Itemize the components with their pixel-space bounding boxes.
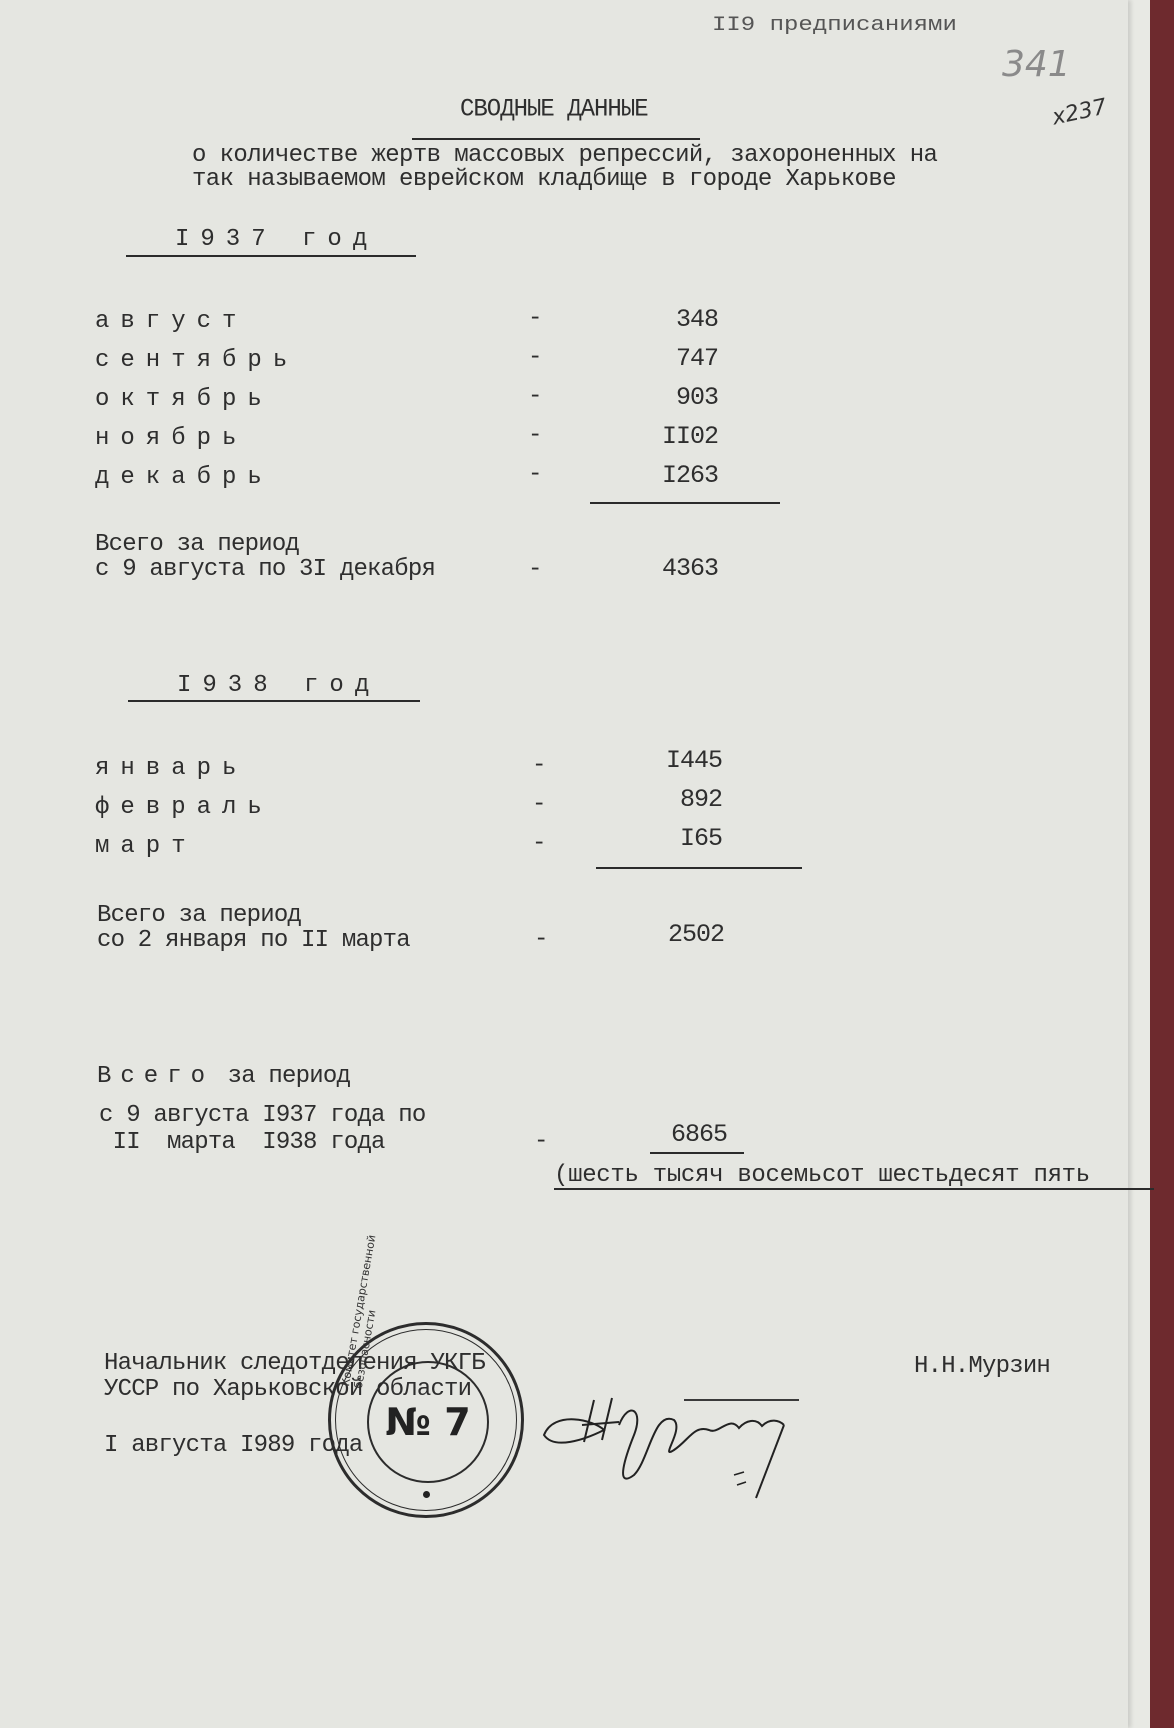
month-value: 747: [598, 344, 718, 373]
pen-annotation: x237: [1050, 95, 1109, 131]
month-label: октябрь: [95, 386, 273, 413]
year-1937-underline: [126, 255, 416, 257]
month-value: I263: [598, 461, 718, 490]
grand-total-word-rest: за период: [228, 1063, 350, 1090]
year-1938-heading: I938 год: [177, 672, 380, 699]
month-dash: -: [528, 344, 542, 371]
month-dash: -: [528, 461, 542, 488]
grand-total-in-words: (шесть тысяч восемьсот шестьдесят пять: [554, 1162, 1090, 1189]
subtitle-line-1: о количестве жертв массовых репрессий, з…: [192, 142, 937, 169]
pencil-page-number: 341: [1002, 44, 1071, 85]
month-value: 903: [598, 383, 718, 412]
month-label: март: [95, 833, 197, 860]
total-1937-value: 4363: [598, 554, 718, 583]
month-dash: -: [532, 752, 546, 779]
month-value: 892: [602, 785, 722, 814]
total-1938-value: 2502: [604, 920, 724, 949]
words-underline: [554, 1188, 1154, 1190]
month-label: ноябрь: [95, 425, 247, 452]
month-label: февраль: [95, 794, 273, 821]
sum-line-1937: [590, 502, 780, 504]
stamp-number: № 7: [367, 1361, 489, 1483]
month-label: декабрь: [95, 464, 273, 491]
grand-total-word-spaced: Всего: [97, 1063, 214, 1090]
total-1937-label-line-1: Всего за период: [95, 532, 299, 557]
grand-total-dash: -: [534, 1128, 548, 1155]
month-label: январь: [95, 755, 247, 782]
month-value: II02: [598, 422, 718, 451]
document-title: СВОДНЫЕ ДАННЫЕ: [460, 95, 648, 123]
month-dash: -: [532, 791, 546, 818]
month-dash: -: [532, 830, 546, 857]
total-1937-label-line-2: с 9 августа по 3I декабря: [95, 557, 435, 582]
official-stamp: № 7 Комитет государственной безопасности: [328, 1322, 524, 1518]
signatory-name: Н.Н.Мурзин: [914, 1354, 1050, 1380]
month-value: 348: [598, 305, 718, 334]
grand-total-label-line-2: с 9 августа I937 года по: [99, 1103, 425, 1128]
total-1937-dash: -: [528, 556, 542, 583]
stamp-dot: [423, 1491, 430, 1498]
month-value: I65: [602, 824, 722, 853]
grand-total-label-line-1: Всего за период: [97, 1064, 350, 1089]
header-fragment: II9 предписаниями: [712, 14, 957, 37]
stamp-ring-text-left: Комитет государственной безопасности: [339, 1206, 396, 1390]
grand-total-label-line-3: II марта I938 года: [99, 1130, 385, 1155]
sum-line-1938: [596, 867, 802, 869]
year-1938-underline: [128, 700, 420, 702]
month-value: I445: [602, 746, 722, 775]
total-1938-dash: -: [534, 926, 548, 953]
month-dash: -: [528, 422, 542, 449]
year-1937-heading: I937 год: [175, 226, 378, 253]
signing-date: I августа I989 года: [104, 1433, 362, 1459]
month-label: август: [95, 308, 247, 335]
title-underline: [412, 138, 700, 140]
document-page: II9 предписаниями 341 x237 СВОДНЫЕ ДАННЫ…: [0, 0, 1128, 1728]
month-dash: -: [528, 383, 542, 410]
subtitle-line-2: так называемом еврейском кладбище в горо…: [192, 166, 896, 193]
handwritten-signature: [534, 1380, 834, 1510]
total-1938-label-line-1: Всего за период: [97, 903, 301, 928]
total-1938-label-line-2: со 2 января по II марта: [97, 928, 410, 953]
month-dash: -: [528, 305, 542, 332]
month-label: сентябрь: [95, 347, 298, 374]
grand-total-value: 6865: [607, 1120, 727, 1149]
grand-total-underline: [650, 1152, 744, 1154]
